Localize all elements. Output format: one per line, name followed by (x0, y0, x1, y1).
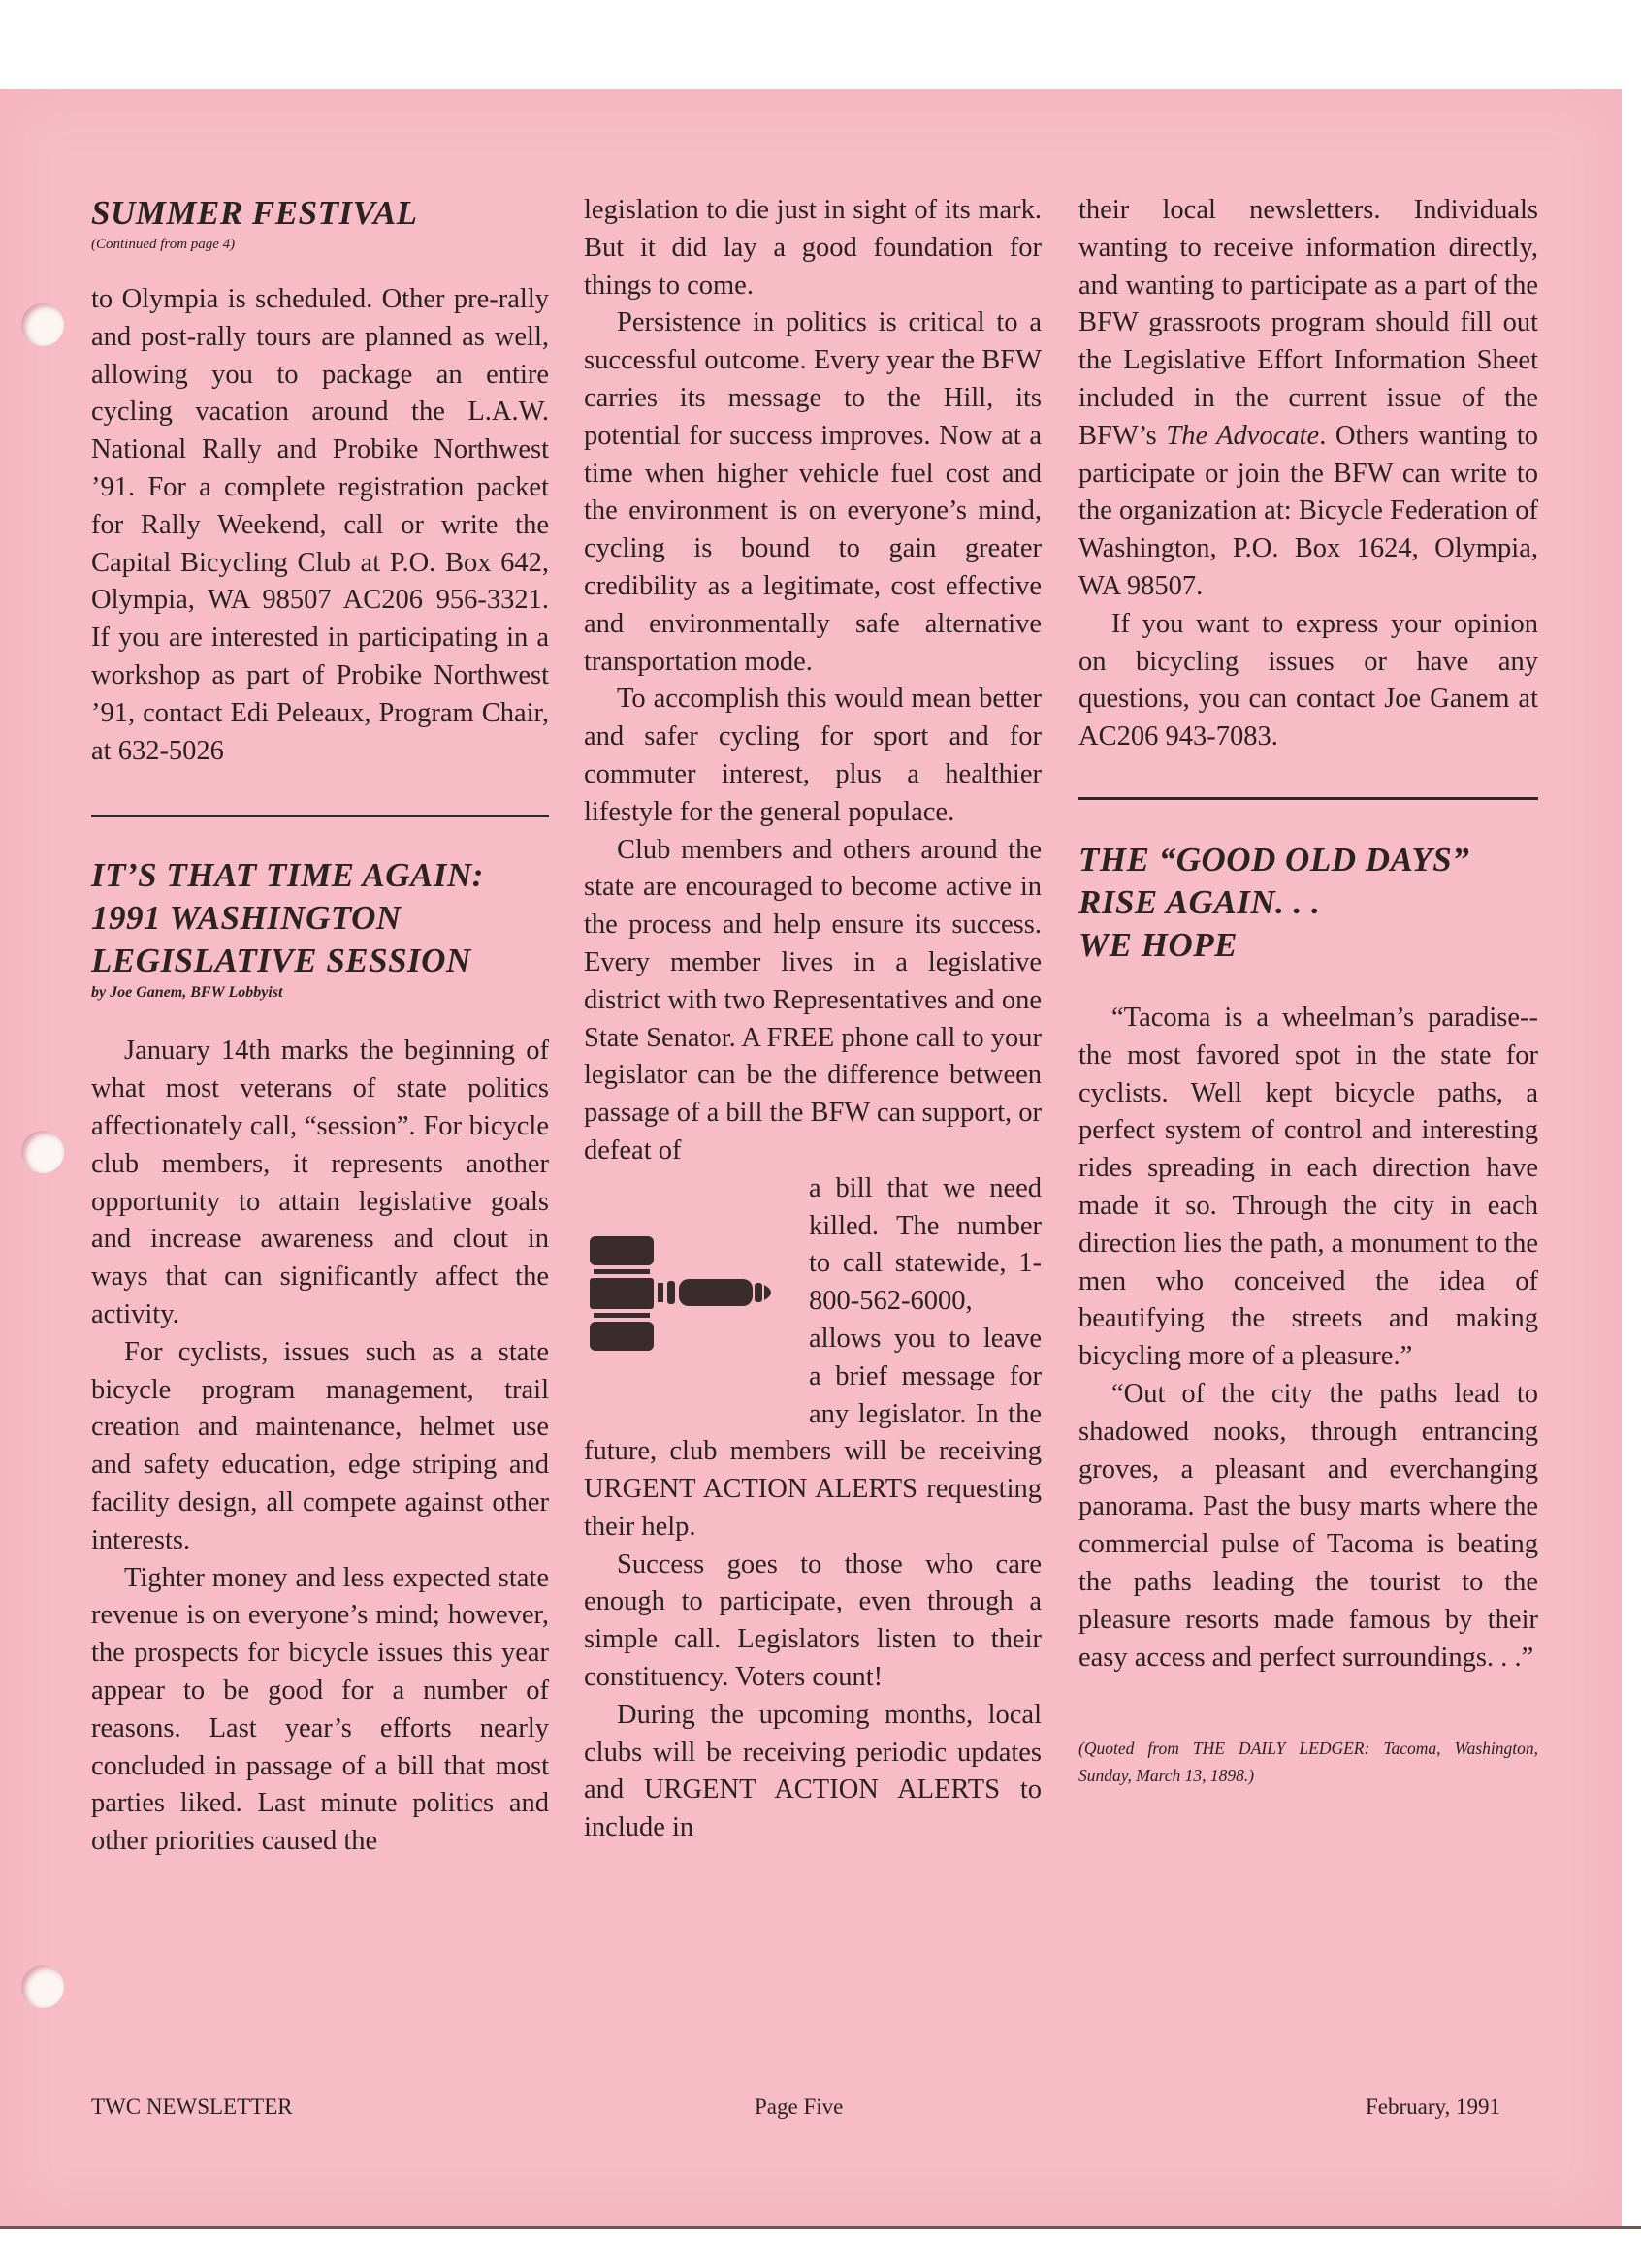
footer-page-number: Page Five (755, 2094, 843, 2120)
article-paragraph: legislation to die just in sight of its … (584, 192, 1042, 304)
article-paragraph: To accomplish this would mean better and… (584, 681, 1042, 831)
legislative-title-line2: 1991 WASHINGTON (91, 897, 549, 940)
article-text: their local newsletters. Individuals wan… (1078, 195, 1538, 451)
article-paragraph: Persistence in politics is critical to a… (584, 304, 1042, 681)
binder-hole-icon (21, 303, 64, 346)
article-paragraph: During the upcoming months, local clubs … (584, 1697, 1042, 1847)
middle-column: legislation to die just in sight of its … (584, 192, 1042, 1847)
legislative-title-line1: IT’S THAT TIME AGAIN: (91, 854, 549, 897)
article-paragraph: their local newsletters. Individuals wan… (1078, 192, 1538, 606)
publication-title: The Advocate (1166, 421, 1319, 451)
good-old-days-title-line3: WE HOPE (1078, 924, 1538, 967)
gavel-icon (584, 1170, 797, 1398)
article-paragraph: Club members and others around the state… (584, 832, 1042, 1170)
binder-hole-icon (21, 1131, 64, 1173)
article-paragraph: Success goes to those who care enough to… (584, 1547, 1042, 1697)
left-column: SUMMER FESTIVAL (Continued from page 4) … (91, 192, 549, 1861)
paper-bottom-edge (0, 2226, 1641, 2229)
footer-date: February, 1991 (1366, 2094, 1500, 2120)
good-old-days-title-line2: RISE AGAIN. . . (1078, 881, 1538, 924)
byline: by Joe Ganem, BFW Lobbyist (91, 982, 549, 1004)
summer-festival-body: to Olympia is scheduled. Other pre-rally… (91, 281, 549, 770)
article-paragraph: For cyclists, issues such as a state bic… (91, 1334, 549, 1560)
summer-festival-title: SUMMER FESTIVAL (91, 192, 549, 235)
right-column: their local newsletters. Individuals wan… (1078, 192, 1538, 1789)
binder-hole-icon (21, 1965, 64, 2008)
article-paragraph: Tighter money and less expected state re… (91, 1560, 549, 1861)
article-paragraph: If you want to express your opinion on b… (1078, 606, 1538, 756)
quote-paragraph: “Tacoma is a wheelman’s paradise--the mo… (1078, 1000, 1538, 1376)
article-paragraph: January 14th marks the beginning of what… (91, 1033, 549, 1333)
quote-paragraph: “Out of the city the paths lead to shado… (1078, 1376, 1538, 1677)
quote-citation: (Quoted from THE DAILY LEDGER: Tacoma, W… (1078, 1735, 1538, 1789)
footer-newsletter-name: TWC NEWSLETTER (91, 2094, 293, 2120)
good-old-days-title-line1: THE “GOOD OLD DAYS” (1078, 839, 1538, 881)
legislative-title-line3: LEGISLATIVE SESSION (91, 940, 549, 982)
continued-note: (Continued from page 4) (91, 235, 549, 254)
